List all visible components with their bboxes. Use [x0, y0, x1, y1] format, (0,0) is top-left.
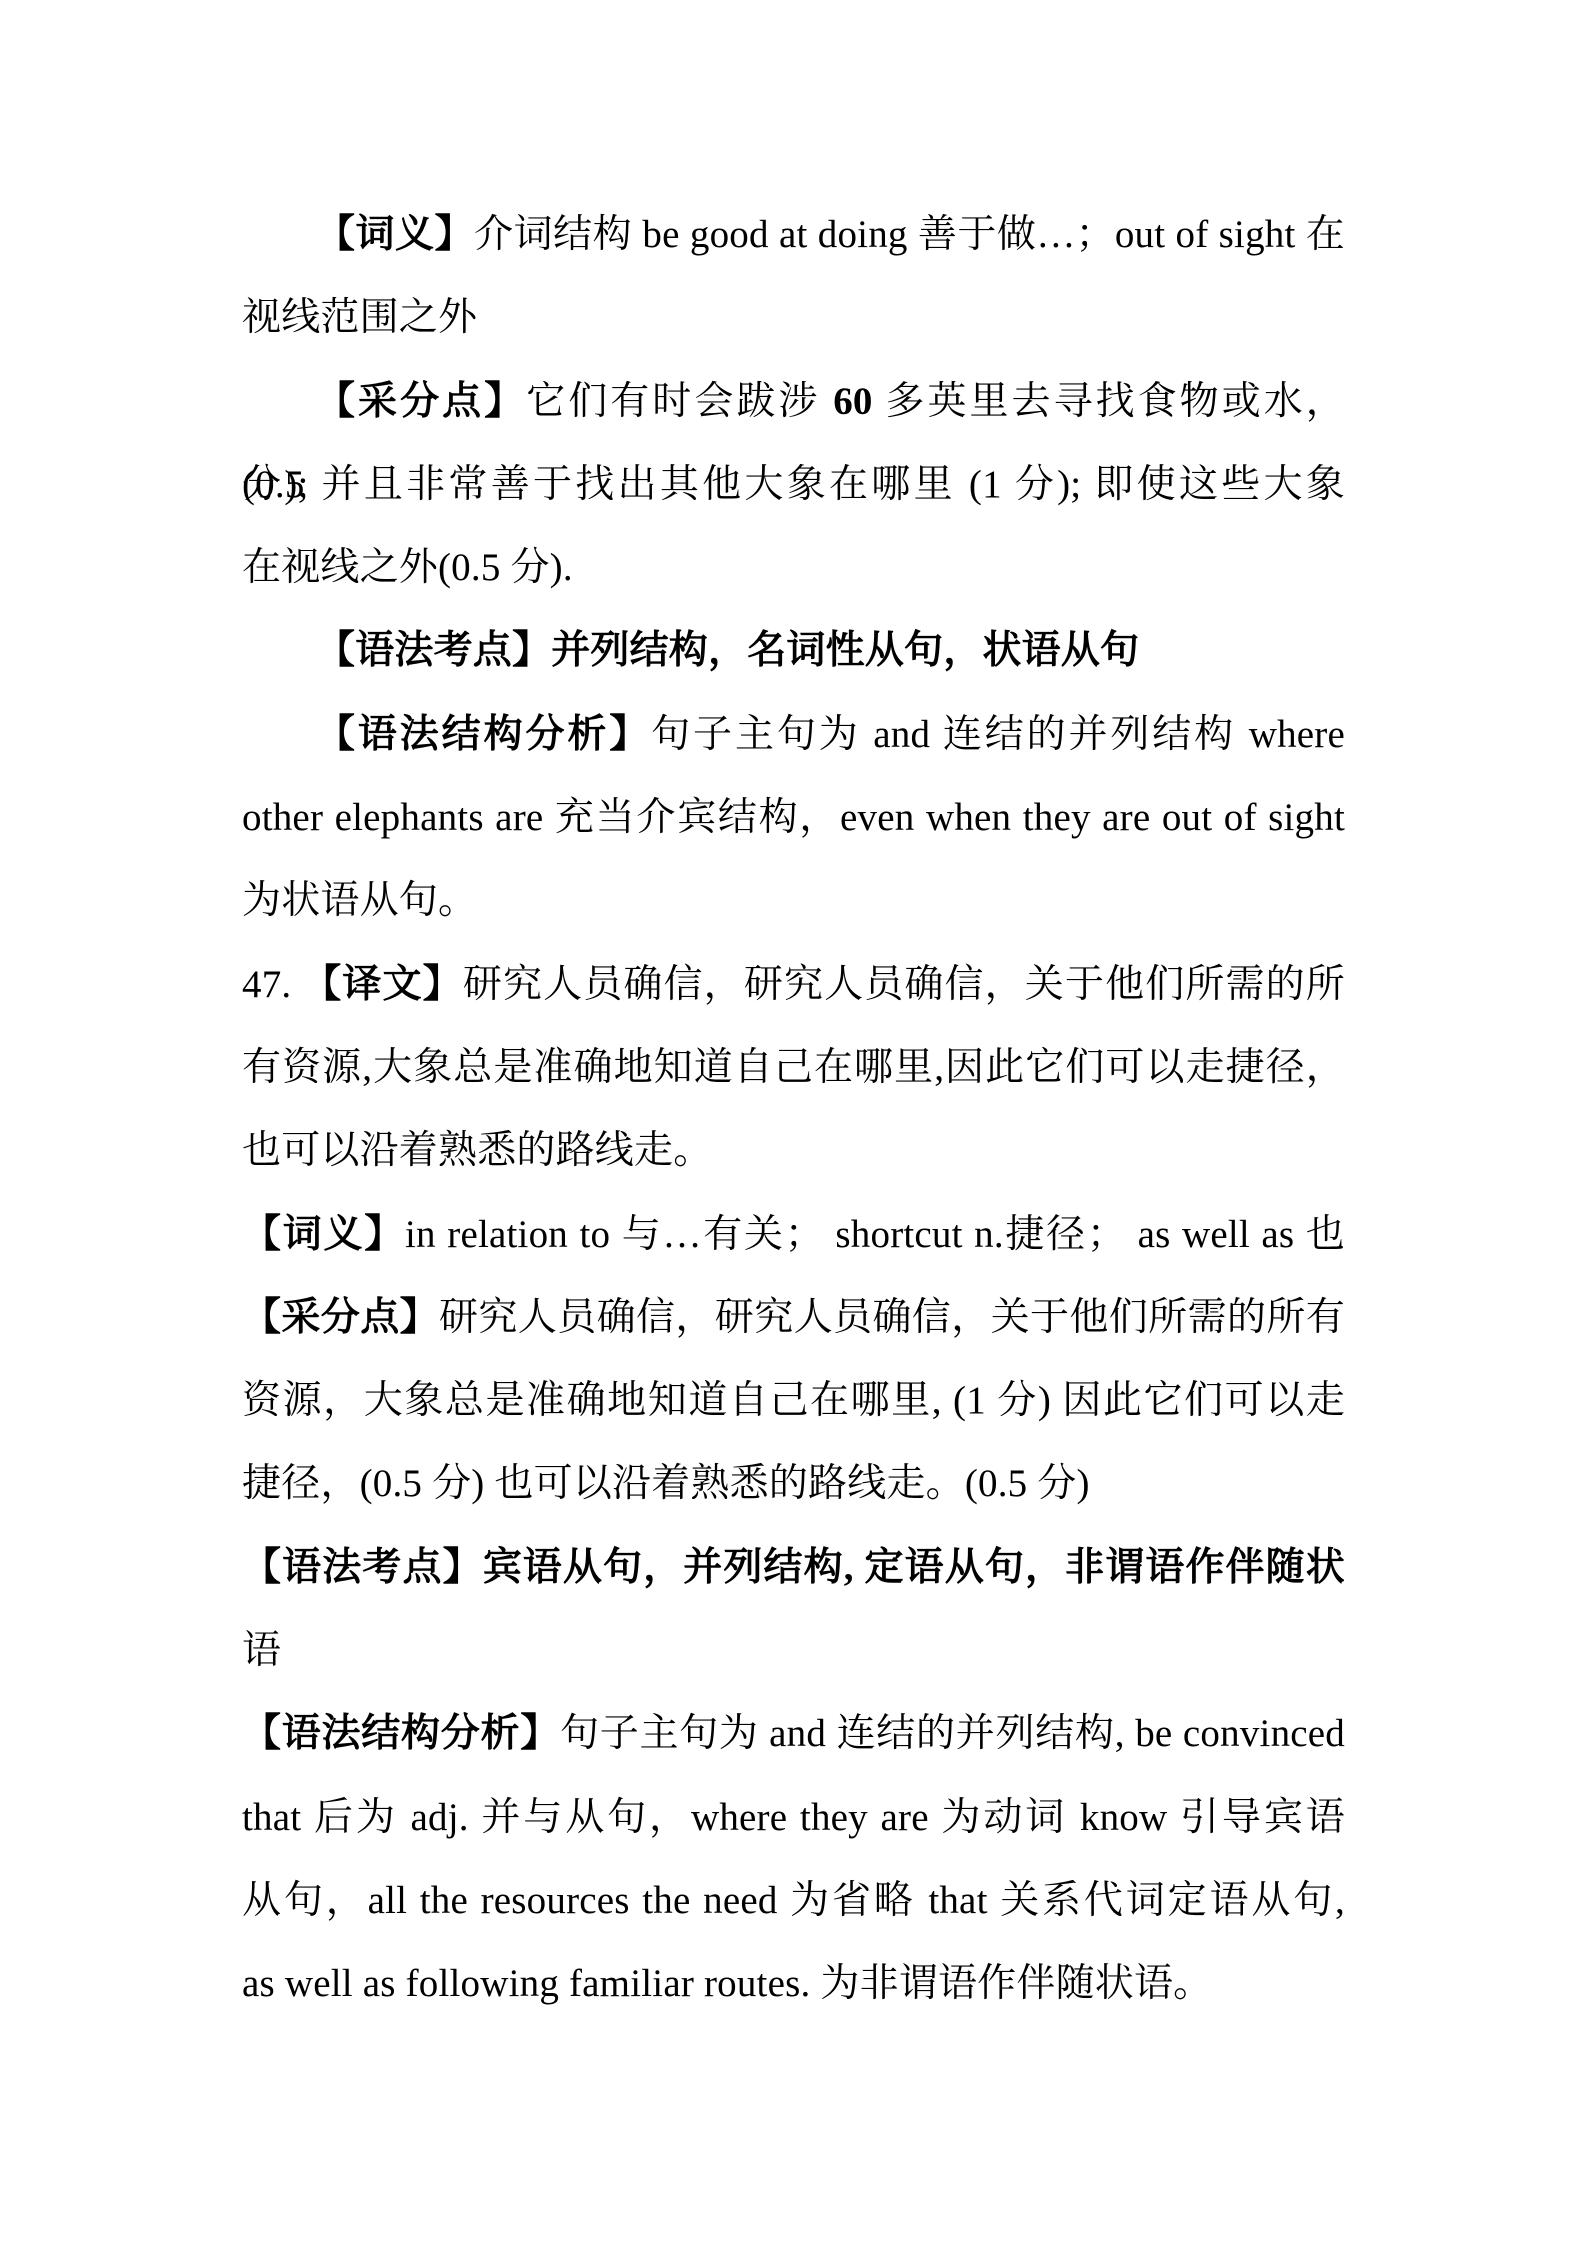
text-segment: 句子主句为 and 连结的并列结构, be convinced	[560, 1712, 1345, 1755]
document-line: 资源，大象总是准确地知道自己在哪里, (1 分) 因此它们可以走	[242, 1359, 1345, 1442]
text-segment: 从句，all the resources the need 为省略 that 关…	[242, 1879, 1345, 1922]
text-segment: 它们有时会跋涉	[526, 380, 833, 423]
bold-text-segment: 60	[833, 380, 872, 423]
text-segment: 也可以沿着熟悉的路线走。	[242, 1129, 712, 1172]
document-line: 有资源,大象总是准确地知道自己在哪里,因此它们可以走捷径，	[242, 1026, 1345, 1109]
document-line: 从句，all the resources the need 为省略 that 关…	[242, 1859, 1345, 1942]
text-segment: 研究人员确信，研究人员确信，关于他们所需的所	[463, 963, 1345, 1006]
text-segment: 语	[242, 1629, 281, 1672]
document-line: 视线范围之外	[242, 276, 1345, 359]
text-segment: 捷径，(0.5 分) 也可以沿着熟悉的路线走。(0.5 分)	[242, 1462, 1090, 1505]
bold-text-segment: 【语法考点】	[316, 629, 551, 672]
bold-text-segment: 【采分点】	[316, 380, 526, 423]
document-line: 【词义】in relation to 与…有关； shortcut n.捷径； …	[242, 1193, 1345, 1276]
text-segment: other elephants are 充当介宾结构，even when the…	[242, 796, 1345, 839]
text-segment: 47.	[242, 963, 302, 1006]
document-line: as well as following familiar routes. 为非…	[242, 1942, 1345, 2025]
document-line: 47. 【译文】研究人员确信，研究人员确信，关于他们所需的所	[242, 943, 1345, 1026]
text-segment: 视线范围之外	[242, 296, 477, 339]
document-line: 也可以沿着熟悉的路线走。	[242, 1109, 1345, 1192]
document-line: 【语法结构分析】句子主句为 and 连结的并列结构, be convinced	[242, 1692, 1345, 1775]
document-line: 捷径，(0.5 分) 也可以沿着熟悉的路线走。(0.5 分)	[242, 1442, 1345, 1525]
text-segment: 资源，大象总是准确地知道自己在哪里, (1 分) 因此它们可以走	[242, 1379, 1345, 1422]
text-segment: 句子主句为 and 连结的并列结构 where	[651, 713, 1345, 756]
bold-text-segment: 【语法考点】	[242, 1546, 483, 1589]
text-segment: 为状语从句。	[242, 879, 477, 922]
bold-text-segment: 【词义】	[242, 1213, 405, 1256]
document-line: 分); 并且非常善于找出其他大象在哪里 (1 分); 即使这些大象	[242, 443, 1345, 526]
text-segment: as well as following familiar routes. 为非…	[242, 1962, 1212, 2005]
bold-text-segment: 【采分点】	[242, 1296, 439, 1339]
document-line: 【语法考点】宾语从句，并列结构, 定语从句，非谓语作伴随状	[242, 1526, 1345, 1609]
text-segment: 研究人员确信，研究人员确信，关于他们所需的所有	[439, 1296, 1345, 1339]
document-line: 【语法结构分析】句子主句为 and 连结的并列结构 where	[242, 693, 1345, 776]
document-line: 语	[242, 1609, 1345, 1692]
document-line: 【采分点】研究人员确信，研究人员确信，关于他们所需的所有	[242, 1276, 1345, 1359]
bold-text-segment: 【语法结构分析】	[242, 1712, 560, 1755]
text-segment: 分); 并且非常善于找出其他大象在哪里 (1 分); 即使这些大象	[242, 463, 1345, 506]
bold-text-segment: 【语法结构分析】	[316, 713, 651, 756]
text-segment: 介词结构 be good at doing 善于做…；out of sight …	[474, 213, 1345, 256]
text-block: 【词义】介词结构 be good at doing 善于做…；out of si…	[242, 193, 1345, 2026]
document-line: 【语法考点】并列结构，名词性从句，状语从句	[242, 609, 1345, 692]
document-line: 在视线之外(0.5 分).	[242, 526, 1345, 609]
text-segment: in relation to 与…有关； shortcut n.捷径； as w…	[405, 1213, 1345, 1256]
document-line: that 后为 adj. 并与从句，where they are 为动词 kno…	[242, 1776, 1345, 1859]
document-line: 【采分点】它们有时会跋涉 60 多英里去寻找食物或水， (0.5	[242, 360, 1345, 443]
text-segment: 在视线之外(0.5 分).	[242, 546, 573, 589]
document-line: 【词义】介词结构 be good at doing 善于做…；out of si…	[242, 193, 1345, 276]
bold-text-segment: 宾语从句，并列结构, 定语从句，非谓语作伴随状	[483, 1546, 1345, 1589]
bold-text-segment: 并列结构，名词性从句，状语从句	[551, 629, 1139, 672]
document-line: other elephants are 充当介宾结构，even when the…	[242, 776, 1345, 859]
document-page: 【词义】介词结构 be good at doing 善于做…；out of si…	[0, 0, 1587, 2245]
document-line: 为状语从句。	[242, 859, 1345, 942]
bold-text-segment: 【词义】	[316, 213, 474, 256]
text-segment: 有资源,大象总是准确地知道自己在哪里,因此它们可以走捷径，	[242, 1046, 1345, 1089]
bold-text-segment: 【译文】	[302, 963, 463, 1006]
text-segment: that 后为 adj. 并与从句，where they are 为动词 kno…	[242, 1796, 1345, 1839]
